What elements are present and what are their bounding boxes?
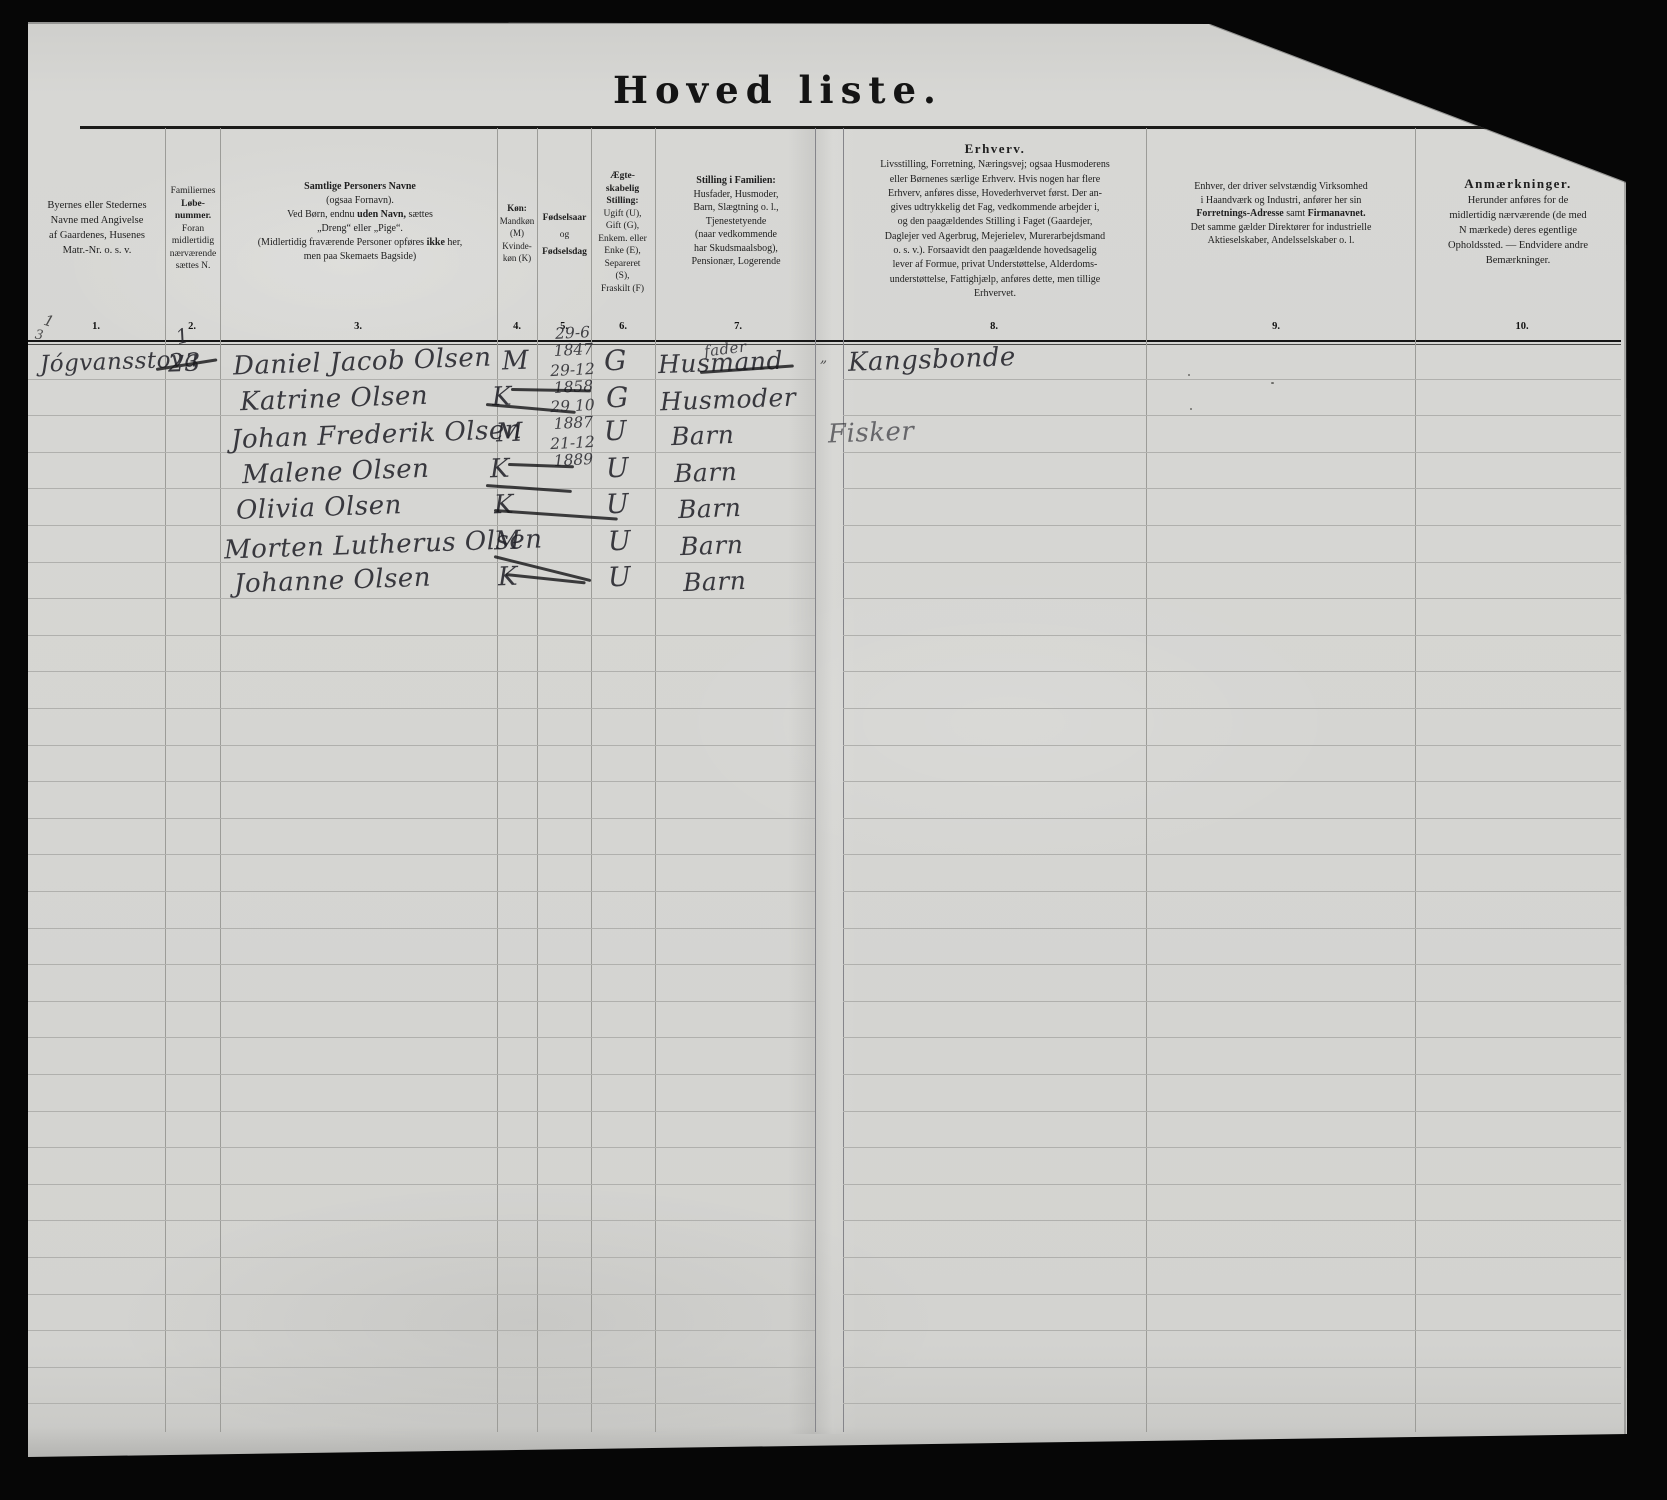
row-line <box>28 1184 815 1185</box>
row-line <box>28 928 815 929</box>
column-header-9: Enhver, der driver selvstændig Virksomhe… <box>1149 180 1413 248</box>
column-header-5: FødselsaarogFødselsdag <box>537 210 592 261</box>
column-header-10: Anmærkninger.Herunder anføres for demidl… <box>1418 176 1618 268</box>
row-line <box>843 818 1621 819</box>
row-line <box>28 1147 815 1148</box>
row-line <box>843 1147 1621 1148</box>
column-number-3: 3. <box>336 321 380 332</box>
record-6-sex: M <box>493 526 521 557</box>
record-7-name: Johanne Olsen <box>234 563 432 600</box>
row-line <box>28 1111 815 1112</box>
ink-speck <box>1188 374 1190 376</box>
record-5-sex: K <box>493 490 514 521</box>
row-line <box>843 1257 1621 1258</box>
row-line <box>28 1037 815 1038</box>
record-2-birth-date: 29-12 1858 <box>531 360 615 398</box>
row-line <box>28 452 815 453</box>
column-header-1: Byernes eller StedernesNavne med Angivel… <box>32 198 162 258</box>
row-line <box>28 708 815 709</box>
ditto-mark: „ <box>820 350 827 366</box>
row-line <box>843 964 1621 965</box>
column-header-8: Erhverv.Livsstilling, Forretning, Næring… <box>845 142 1145 301</box>
row-line <box>28 1330 815 1331</box>
row-line <box>843 415 1621 416</box>
record-5-family-position: Barn <box>678 493 742 524</box>
row-line <box>843 1001 1621 1002</box>
page-edge-right <box>1624 180 1626 1436</box>
row-line <box>28 379 815 380</box>
row-line <box>843 781 1621 782</box>
row-line <box>843 379 1621 380</box>
row-line <box>843 1074 1621 1075</box>
census-form-page: Hoved liste. Byernes eller StedernesNavn… <box>28 22 1628 1459</box>
record-1-name: Daniel Jacob Olsen <box>233 342 492 381</box>
row-line <box>28 745 815 746</box>
row-line <box>28 1074 815 1075</box>
record-4-family-position: Barn <box>674 457 738 488</box>
record-3-birth-date: 29 10 1887 <box>531 396 615 434</box>
record-2-name: Katrine Olsen <box>240 381 429 418</box>
row-line <box>843 1184 1621 1185</box>
column-header-7: Stilling i Familien:Husfader, Husmoder,B… <box>658 174 814 269</box>
row-line <box>28 415 815 416</box>
row-line <box>843 671 1621 672</box>
column-number-7: 7. <box>716 321 760 332</box>
row-line <box>843 928 1621 929</box>
record-6-family-position: Barn <box>680 530 744 561</box>
column-header-4: Køn:Mandkøn(M)Kvinde-køn (K) <box>495 202 539 265</box>
page-corner-cut-edge <box>1209 23 1629 184</box>
column-divider <box>815 128 816 1432</box>
row-line <box>28 1403 815 1404</box>
title-rule <box>80 126 1604 129</box>
column-number-8: 8. <box>972 321 1016 332</box>
row-line <box>843 525 1621 526</box>
column-number-9: 9. <box>1254 321 1298 332</box>
record-1-birth-year: 1847 <box>553 340 593 360</box>
record-7-marital-status: U <box>607 562 631 594</box>
column-header-3: Samtlige Personers Navne(ogsaa Fornavn).… <box>224 180 496 264</box>
column-header-2: FamiliernesLøbe-nummer.Foranmidlertidign… <box>166 185 220 273</box>
record-1-birth-date: 29-6 1847 <box>531 323 615 361</box>
row-line <box>28 635 815 636</box>
column-divider <box>1415 128 1416 1432</box>
column-divider <box>537 128 538 1432</box>
row-line <box>843 1294 1621 1295</box>
record-5-name: Olivia Olsen <box>236 490 403 526</box>
column-number-10: 10. <box>1500 321 1544 332</box>
page-fold-crease <box>788 126 860 1434</box>
record-7-family-position: Barn <box>683 566 747 597</box>
record-2-family-position: Husmoder <box>660 383 797 417</box>
row-line <box>843 891 1621 892</box>
row-line <box>28 1294 815 1295</box>
page-edge-top <box>28 22 1213 24</box>
record-3-birth-year: 1887 <box>553 413 593 433</box>
row-line <box>843 854 1621 855</box>
row-line <box>28 964 815 965</box>
record-5-marital-status: U <box>605 489 629 521</box>
column-divider <box>655 128 656 1432</box>
record-4-name: Malene Olsen <box>242 454 430 491</box>
record-6-marital-status: U <box>607 526 631 558</box>
column-divider <box>497 128 498 1432</box>
row-line <box>28 818 815 819</box>
record-3-name: Johan Frederik Olsen <box>231 415 523 455</box>
row-line <box>843 1037 1621 1038</box>
ink-speck <box>1271 382 1274 384</box>
scanned-census-sheet: Hoved liste. Byernes eller StedernesNavn… <box>0 0 1667 1500</box>
column-header-6: Ægte-skabeligStilling:Ugift (U),Gift (G)… <box>591 170 654 295</box>
record-3-sex: M <box>495 418 523 449</box>
column-number-1: 1. <box>74 321 118 332</box>
row-line <box>843 488 1621 489</box>
column-divider <box>843 128 844 1432</box>
record-4-marital-status: U <box>605 453 629 485</box>
column-divider <box>165 128 166 1432</box>
row-line <box>843 562 1621 563</box>
row-line <box>843 745 1621 746</box>
header-separator-line <box>28 340 1621 345</box>
column-divider <box>1146 128 1147 1432</box>
row-line <box>843 452 1621 453</box>
record-1-occupation: Kangsbonde <box>848 342 1017 378</box>
row-line <box>28 1220 815 1221</box>
record-1-sex: M <box>501 346 529 377</box>
page-title: Hoved liste. <box>613 68 943 112</box>
row-line <box>28 1001 815 1002</box>
row-line <box>28 854 815 855</box>
row-line <box>843 1111 1621 1112</box>
row-line <box>843 635 1621 636</box>
record-2-birth-year: 1858 <box>553 377 593 397</box>
row-line <box>28 891 815 892</box>
record-3-family-position: Barn <box>671 420 735 451</box>
row-line <box>28 671 815 672</box>
ink-speck <box>1190 408 1192 410</box>
record-3-occupation: Fisker <box>828 417 915 450</box>
row-line <box>28 598 815 599</box>
row-line <box>28 1367 815 1368</box>
row-line <box>28 525 815 526</box>
column-divider <box>220 128 221 1432</box>
row-line <box>28 1257 815 1258</box>
row-line <box>843 1330 1621 1331</box>
row-line <box>843 708 1621 709</box>
row-line <box>843 598 1621 599</box>
row-line <box>843 1367 1621 1368</box>
row-line <box>28 488 815 489</box>
row-line <box>28 781 815 782</box>
row-line <box>843 1220 1621 1221</box>
row-line <box>843 1403 1621 1404</box>
record-4-sex: K <box>489 454 510 485</box>
